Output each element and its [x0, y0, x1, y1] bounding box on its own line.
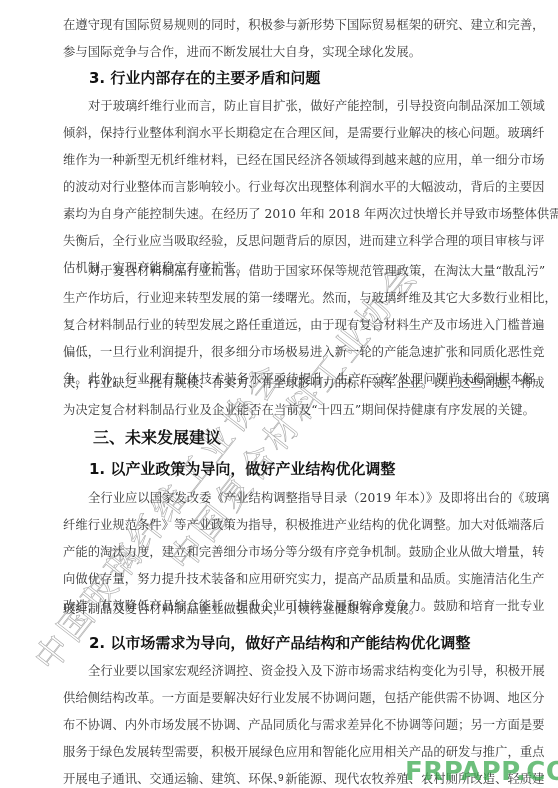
body-line: 偏低，一旦行业利润提升，很多细分市场极易进入新一轮的产能急速扩张和同质化恶性竞 [63, 344, 535, 360]
body-line: 供给侧结构改革。一方面是要解决好行业发展不协调问题，包括产能供需不协调、地区分 [63, 690, 535, 706]
section-heading-3: 1. 以产业政策为导向，做好产业结构优化调整 [89, 460, 395, 478]
document-page: 在遵守现有国际贸易规则的同时，积极参与新形势下国际贸易框架的研究、建立和完善， … [0, 0, 558, 788]
body-line: 向做优存量，努力提升技术装备和应用研究实力，提高产品质量和品质。实施清洁化生产 [63, 571, 535, 587]
body-line: 纤维行业规范条件》等产业政策为指导，积极推进产业结构的优化调整。加大对低端落后 [63, 517, 535, 533]
watermark-site-logo: FRPAPP.COM [405, 757, 558, 787]
body-line: 对于玻璃纤维行业而言，防止盲目扩张，做好产能控制，引导投资向制品深加工领域 [88, 98, 535, 114]
section-heading-3: 2. 以市场需求为导向，做好产品结构和产能结构优化调整 [89, 634, 470, 652]
body-line: 对于复合材料制品行业而言，借助于国家环保等规范管理政策，在淘汰大量“散乱污” [88, 263, 535, 279]
body-line: 的波动对行业整体而言影响较小。行业每次出现整体利润水平的大幅波动，背后的主要因 [63, 179, 535, 195]
section-heading-3: 3. 行业内部存在的主要矛盾和问题 [89, 69, 320, 87]
body-line: 倾斜，保持行业整体利润水平长期稳定在合理区间，是需要行业解决的核心问题。玻璃纤 [63, 125, 535, 141]
body-line: 玻纤制品及复合材料制品企业做强做大，引领行业健康有序发展。 [63, 601, 535, 617]
body-line: 复合材料制品行业的转型发展之路任重道远，由于现有复合材料生产及市场进入门槛普遍 [63, 317, 535, 333]
body-line: 在遵守现有国际贸易规则的同时，积极参与新形势下国际贸易框架的研究、建立和完善， [63, 17, 535, 33]
body-line: 全行业应以国家发改委《产业结构调整指导目录（2019 年本）》及即将出台的《玻璃 [88, 490, 535, 506]
body-line: 决，行业缺乏一批有规模、有实力、有全球影响力的标杆领军企业。以上这些问题，将成 [63, 375, 535, 391]
body-line: 产能的淘汰力度，建立和完善细分市场分等分级有序竞争机制。鼓励企业从做大增量，转 [63, 544, 535, 560]
body-line: 素均为自身产能控制失速。在经历了 2010 年和 2018 年两次过快增长并导致… [63, 206, 535, 222]
body-line: 失衡后，全行业应当吸取经验，反思问题背后的原因，进而建立科学合理的项目审核与评 [63, 233, 535, 249]
body-line: 生产作坊后，行业迎来转型发展的第一缕曙光。然而，与玻璃纤维及其它大多数行业相比， [63, 290, 535, 306]
body-line: 参与国际竞争与合作，进而不断发展壮大自身，实现全球化发展。 [63, 44, 535, 60]
body-line: 为决定复合材料制品行业及企业能否在当前及“十四五”期间保持健康有序发展的关键。 [63, 402, 535, 418]
page-number: 9 [278, 773, 284, 784]
chapter-heading: 三、未来发展建议 [93, 428, 221, 448]
body-line: 维作为一种新型无机纤维材料，已经在国民经济各领域得到越来越的应用，单一细分市场 [63, 152, 535, 168]
body-line: 全行业要以国家宏观经济调控、资金投入及下游市场需求结构变化为引导，积极开展 [88, 663, 535, 679]
body-line: 布不协调、内外市场发展不协调、产品同质化与需求差异化不协调等问题；另一方面是要 [63, 717, 535, 733]
watermark-glass-fiber-association: 中国玻璃纤维工业协会 [21, 350, 294, 680]
